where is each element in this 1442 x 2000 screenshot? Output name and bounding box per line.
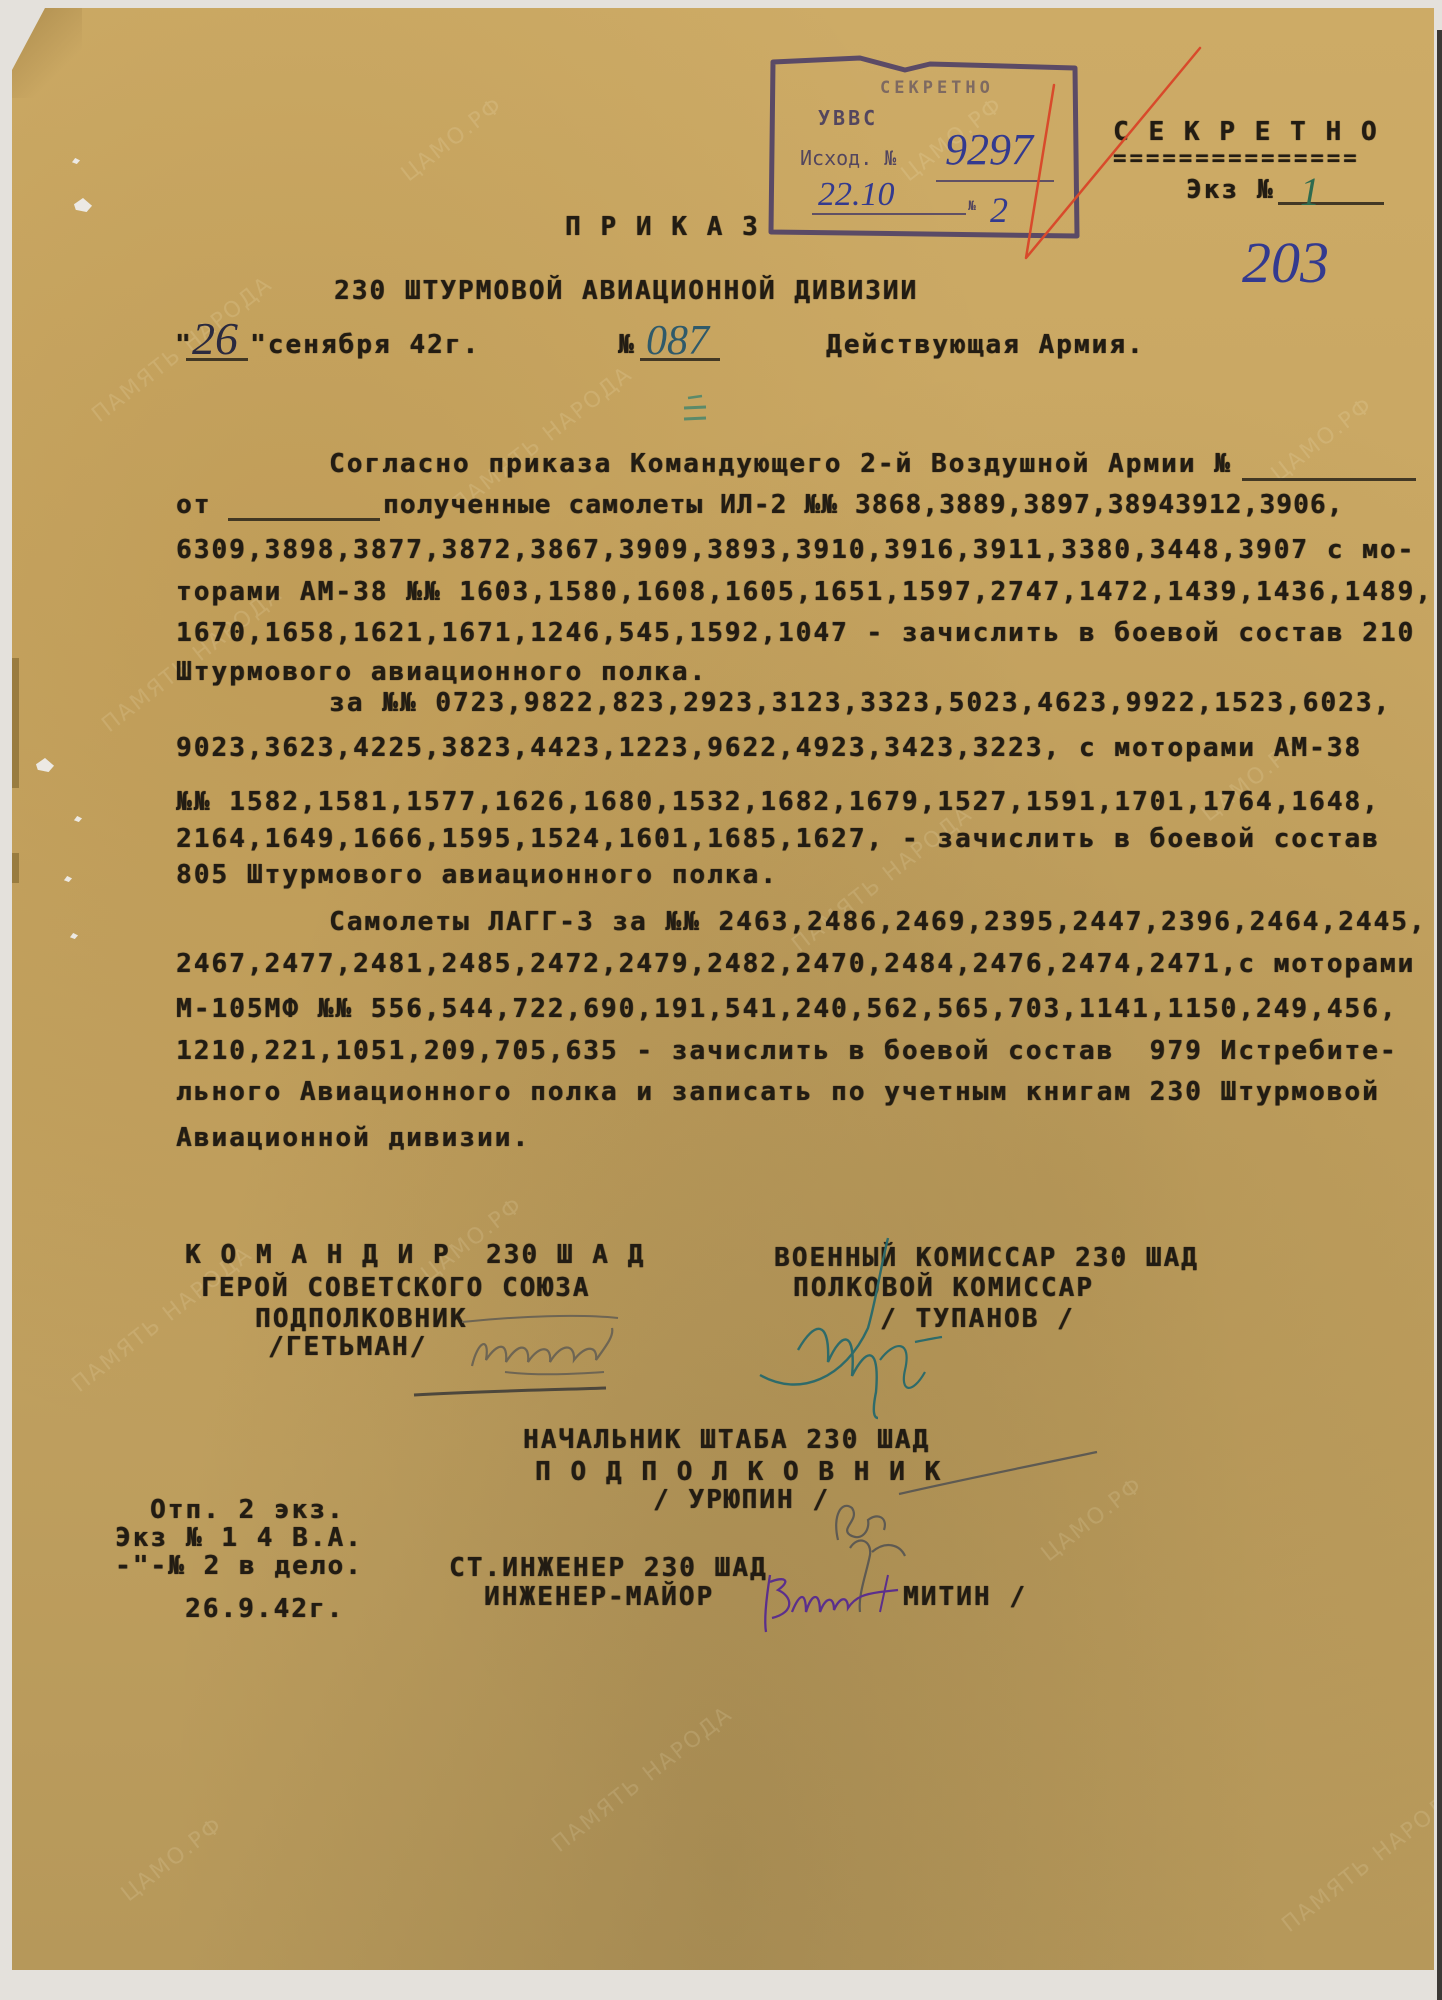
body-line: льного Авиационного полка и записать по …	[176, 1079, 1380, 1105]
binding-tape	[12, 853, 19, 883]
body-line: М-105МФ №№ 556,544,722,690,191,541,240,5…	[176, 996, 1398, 1022]
body-line: полученные самолеты ИЛ-2 №№ 3868,3889,38…	[383, 492, 1344, 518]
signature-name: / УРЮПИН /	[653, 1487, 830, 1513]
body-line: Самолеты ЛАГГ-3 за №№ 2463,2486,2469,239…	[329, 909, 1427, 935]
signature-name: /ГЕТЬМАН/	[268, 1334, 427, 1360]
paper-tear	[70, 933, 78, 939]
paper-tear	[72, 158, 80, 164]
watermark: ПАМЯТЬ НАРОДА	[1278, 1782, 1434, 1938]
signature-rank: ИНЖЕНЕР-МАЙОР	[484, 1584, 714, 1610]
binding-tape	[12, 658, 19, 788]
paper-corner-stain	[12, 8, 82, 98]
document-subtitle: 230 ШТУРМОВОЙ АВИАЦИОННОЙ ДИВИЗИИ	[334, 278, 918, 304]
scan-edge-strip	[1437, 30, 1442, 2000]
date-open-quote: "	[175, 332, 193, 358]
watermark: ЦАМО.РФ	[397, 93, 508, 187]
body-line: 805 Штурмового авиационного полка.	[176, 862, 778, 888]
distribution-line: Экз № 1 4 В.А.	[115, 1525, 363, 1551]
stamp-sheet-label: №	[968, 200, 976, 213]
classification-underline: ===============	[1113, 148, 1360, 170]
watermark: ПАМЯТЬ НАРОДА	[548, 1702, 738, 1858]
signature-rank: ГЕРОЙ СОВЕТСКОГО СОЮЗА	[201, 1275, 590, 1301]
signature-title: СТ.ИНЖЕНЕР 230 ШАД	[449, 1555, 768, 1581]
punch-hole	[36, 758, 54, 772]
distribution-date: 26.9.42г.	[185, 1596, 344, 1622]
body-line: Авиационной дивизии.	[176, 1125, 530, 1151]
date-month-year: "сенября 42г.	[250, 332, 480, 358]
stamp-outgoing-label: Исход. №	[800, 148, 896, 168]
stamp-sheet-number: 2	[990, 192, 1008, 228]
body-line: 2467,2477,2481,2485,2472,2479,2482,2470,…	[176, 951, 1415, 977]
watermark: ЦАМО.РФ	[117, 1813, 228, 1907]
order-reference-date-blank	[228, 518, 380, 521]
paper-tear	[64, 876, 72, 882]
body-line: торами АМ-38 №№ 1603,1580,1608,1605,1651…	[176, 579, 1433, 605]
signature-title: НАЧАЛЬНИК ШТАБА 230 ШАД	[523, 1427, 930, 1453]
copy-number-handwritten: 1	[1300, 172, 1320, 212]
copy-number-blank	[1278, 202, 1384, 205]
location: Действующая Армия.	[826, 332, 1145, 358]
distribution-line: -"-№ 2 в дело.	[115, 1553, 363, 1579]
classification-label: С Е К Р Е Т Н О	[1113, 119, 1379, 145]
body-line: №№ 1582,1581,1577,1626,1680,1532,1682,16…	[176, 789, 1380, 815]
order-number-handwritten: 087	[646, 320, 709, 362]
signature-title: ВОЕННЫЙ КОМИССАР 230 ШАД	[774, 1245, 1199, 1271]
date-day-handwritten: 26	[192, 316, 238, 362]
archive-page-number: 203	[1242, 234, 1329, 292]
body-line: за №№ 0723,9822,823,2923,3123,3323,5023,…	[329, 690, 1391, 716]
body-line: Штурмового авиационного полка.	[176, 659, 707, 685]
copy-label: Экз №	[1186, 177, 1275, 203]
signature-title: К О М А Н Д И Р 230 Ш А Д	[185, 1242, 645, 1268]
order-number-label: №	[618, 332, 636, 358]
body-line: 6309,3898,3877,3872,3867,3909,3893,3910,…	[176, 537, 1415, 563]
signature-rank: ПОДПОЛКОВНИК	[255, 1306, 467, 1332]
watermark: ЦАМО.РФ	[1267, 393, 1378, 487]
watermark: ЦАМО.РФ	[1037, 1473, 1148, 1567]
stamp-outgoing-number: 9297	[945, 128, 1033, 172]
order-reference-date-prefix: от	[176, 492, 211, 518]
document-title: П Р И К А З	[565, 214, 760, 240]
body-line: 1210,221,1051,209,705,635 - зачислить в …	[176, 1038, 1398, 1064]
body-line: 1670,1658,1621,1671,1246,545,1592,1047 -…	[176, 620, 1415, 646]
signature-rank: ПОЛКОВОЙ КОМИССАР	[793, 1275, 1094, 1301]
signature-name: / ТУПАНОВ /	[880, 1306, 1075, 1332]
stamp-date: 22.10	[818, 178, 895, 212]
distribution-line: Отп. 2 экз.	[150, 1497, 345, 1523]
signature-name: МИТИН /	[903, 1584, 1027, 1610]
signature-rank: П О Д П О Л К О В Н И К	[535, 1459, 942, 1485]
order-reference-text: Согласно приказа Командующего 2-й Воздуш…	[329, 451, 1232, 477]
stamp-org: УВВС	[818, 108, 878, 128]
stamp-header: СЕКРЕТНО	[880, 80, 994, 97]
paper-tear	[74, 816, 82, 822]
punch-hole	[74, 198, 92, 212]
body-line: 9023,3623,4225,3823,4423,1223,9622,4923,…	[176, 735, 1362, 761]
body-line: 2164,1649,1666,1595,1524,1601,1685,1627,…	[176, 826, 1380, 852]
order-reference-number-blank	[1242, 478, 1416, 481]
